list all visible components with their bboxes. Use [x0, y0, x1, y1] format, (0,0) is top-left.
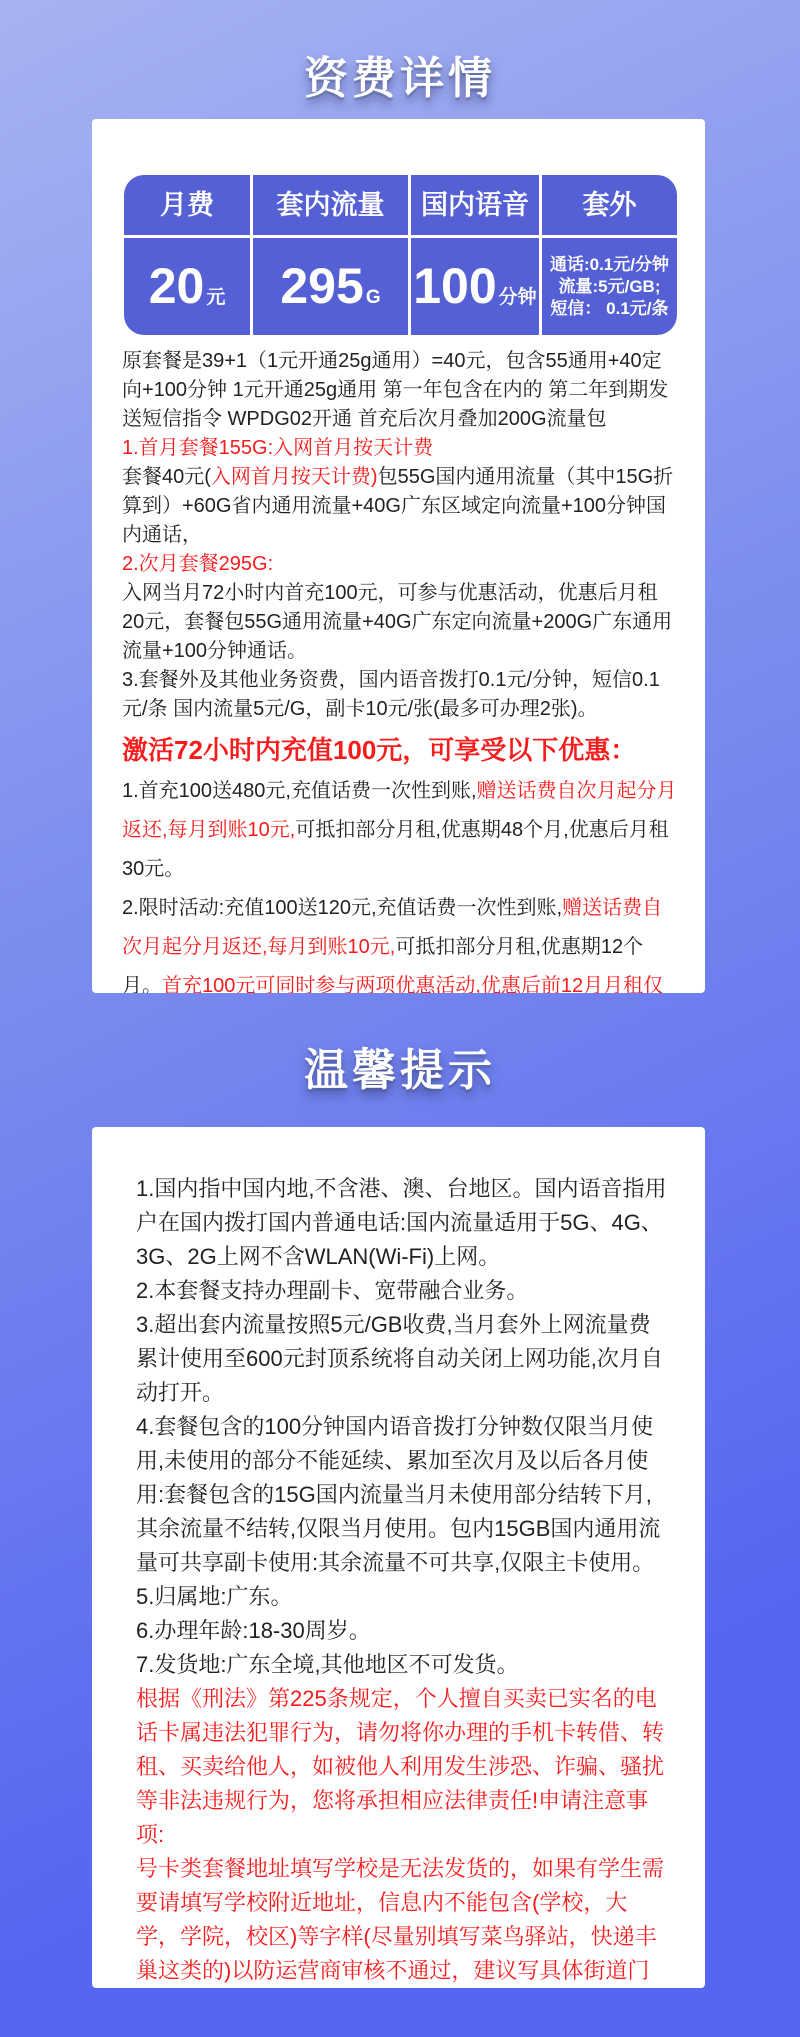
text-run: 首充100元可同时参与两项优惠活动,优惠后前12月月租仅20元。	[122, 975, 663, 993]
text-run: 根据《刑法》第225条规定，个人擅自买卖已实名的电话卡属违法犯罪行为，请勿将你办…	[136, 1686, 664, 1847]
text-run: 6.办理年龄:18-30周岁。	[136, 1618, 371, 1643]
out-of-plan-call-rate: 通话:0.1元/分钟	[542, 254, 677, 276]
table-header-included-data: 套内流量	[253, 175, 408, 235]
tips-card: 1.国内指中国内地,不含港、澳、台地区。国内语音指用户在国内拨打国内普通电话:国…	[92, 1127, 705, 1988]
paragraph: 1.国内指中国内地,不含港、澳、台地区。国内语音指用户在国内拨打国内普通电话:国…	[136, 1172, 671, 1274]
out-of-plan-rates-cell: 通话:0.1元/分钟 流量:5元/GB; 短信： 0.1元/条	[542, 238, 677, 335]
paragraph: 5.归属地:广东。	[136, 1580, 671, 1614]
paragraph: 6.办理年龄:18-30周岁。	[136, 1614, 671, 1648]
text-run: 2.本套餐支持办理副卡、宽带融合业务。	[136, 1278, 528, 1303]
paragraph: 7.发货地:广东全境,其他地区不可发货。	[136, 1648, 671, 1682]
text-run: 套餐40元(	[122, 466, 211, 488]
paragraph: 号卡类套餐地址填写学校是无法发货的，如果有学生需要请填写学校附近地址，信息内不能…	[136, 1852, 671, 1988]
monthly-fee-cell: 20元	[124, 238, 250, 335]
text-run: 5.归属地:广东。	[136, 1584, 292, 1609]
tips-title: 温馨提示	[0, 1034, 800, 1098]
text-run: 4.套餐包含的100分钟国内语音拨打分钟数仅限当月使用,未使用的部分不能延续、累…	[136, 1414, 660, 1575]
tariff-details-card: 月费 套内流量 国内语音 套外 20元 295G 100分钟 通话:0.1元/分…	[92, 119, 705, 993]
text-run: 2.限时活动:充值100送120元,充值话费一次性到账,	[122, 897, 562, 919]
paragraph: 入网当月72小时内首充100元，可参与优惠活动，优惠后月租20元，套餐包55G通…	[122, 579, 679, 666]
domestic-voice-cell: 100分钟	[411, 238, 539, 335]
domestic-voice-value: 100	[413, 258, 496, 314]
tariff-details-title: 资费详情	[0, 42, 800, 106]
included-data-value: 295	[280, 258, 363, 314]
text-run: 激活72小时内充值100元，可享受以下优惠：	[122, 735, 636, 765]
paragraph: 原套餐是39+1（1元开通25g通用）=40元，包含55通用+40定向+100分…	[122, 347, 679, 434]
included-data-cell: 295G	[253, 238, 408, 335]
paragraph: 1.首月套餐155G:入网首月按天计费	[122, 434, 679, 463]
included-data-unit: G	[366, 287, 381, 308]
text-run: 3.套餐外及其他业务资费，国内语音拨打0.1元/分钟，短信0.1元/条 国内流量…	[122, 669, 660, 720]
table-header-out-of-plan: 套外	[542, 175, 677, 235]
tariff-table: 月费 套内流量 国内语音 套外 20元 295G 100分钟 通话:0.1元/分…	[124, 175, 677, 335]
paragraph: 4.套餐包含的100分钟国内语音拨打分钟数仅限当月使用,未使用的部分不能延续、累…	[136, 1410, 671, 1580]
paragraph: 1.首充100送480元,充值话费一次性到账,赠送话费自次月起分月返还,每月到账…	[122, 772, 679, 889]
text-run: 原套餐是39+1（1元开通25g通用）=40元，包含55通用+40定向+100分…	[122, 350, 668, 430]
text-run: 1.首充100送480元,充值话费一次性到账,	[122, 780, 477, 802]
paragraph: 3.超出套内流量按照5元/GB收费,当月套外上网流量费累计使用至600元封顶系统…	[136, 1308, 671, 1410]
out-of-plan-data-rate: 流量:5元/GB;	[542, 276, 677, 298]
text-run: 1.国内指中国内地,不含港、澳、台地区。国内语音指用户在国内拨打国内普通电话:国…	[136, 1176, 666, 1269]
out-of-plan-sms-rate: 短信： 0.1元/条	[542, 298, 677, 320]
paragraph: 3.套餐外及其他业务资费，国内语音拨打0.1元/分钟，短信0.1元/条 国内流量…	[122, 666, 679, 724]
text-run: 号卡类套餐地址填写学校是无法发货的，如果有学生需要请填写学校附近地址，信息内不能…	[136, 1856, 664, 1988]
paragraph: 激活72小时内充值100元，可享受以下优惠：	[122, 731, 679, 769]
domestic-voice-unit: 分钟	[499, 287, 537, 308]
paragraph: 2.次月套餐295G:	[122, 550, 679, 579]
table-header-monthly-fee: 月费	[124, 175, 250, 235]
paragraph: 2.限时活动:充值100送120元,充值话费一次性到账,赠送话费自次月起分月返还…	[122, 889, 679, 993]
table-header-domestic-voice: 国内语音	[411, 175, 539, 235]
text-run: 2.次月套餐295G:	[122, 553, 273, 575]
text-run: 3.超出套内流量按照5元/GB收费,当月套外上网流量费累计使用至600元封顶系统…	[136, 1312, 663, 1405]
text-run: 入网首月按天计费)	[211, 466, 378, 488]
paragraph: 根据《刑法》第225条规定，个人擅自买卖已实名的电话卡属违法犯罪行为，请勿将你办…	[136, 1682, 671, 1852]
text-run: 入网当月72小时内首充100元，可参与优惠活动，优惠后月租20元，套餐包55G通…	[122, 582, 672, 662]
paragraph: 套餐40元(入网首月按天计费)包55G国内通用流量（其中15G折算到）+60G省…	[122, 463, 679, 550]
tariff-promo-page: 资费详情 月费 套内流量 国内语音 套外 20元 295G 100分钟 通话:0…	[0, 0, 800, 2037]
tips-description: 1.国内指中国内地,不含港、澳、台地区。国内语音指用户在国内拨打国内普通电话:国…	[136, 1172, 671, 1988]
text-run: 7.发货地:广东全境,其他地区不可发货。	[136, 1652, 519, 1677]
monthly-fee-unit: 元	[206, 287, 225, 308]
monthly-fee-value: 20	[149, 258, 205, 314]
tariff-description: 原套餐是39+1（1元开通25g通用）=40元，包含55通用+40定向+100分…	[122, 347, 679, 993]
paragraph: 2.本套餐支持办理副卡、宽带融合业务。	[136, 1274, 671, 1308]
text-run: 1.首月套餐155G:入网首月按天计费	[122, 437, 433, 459]
